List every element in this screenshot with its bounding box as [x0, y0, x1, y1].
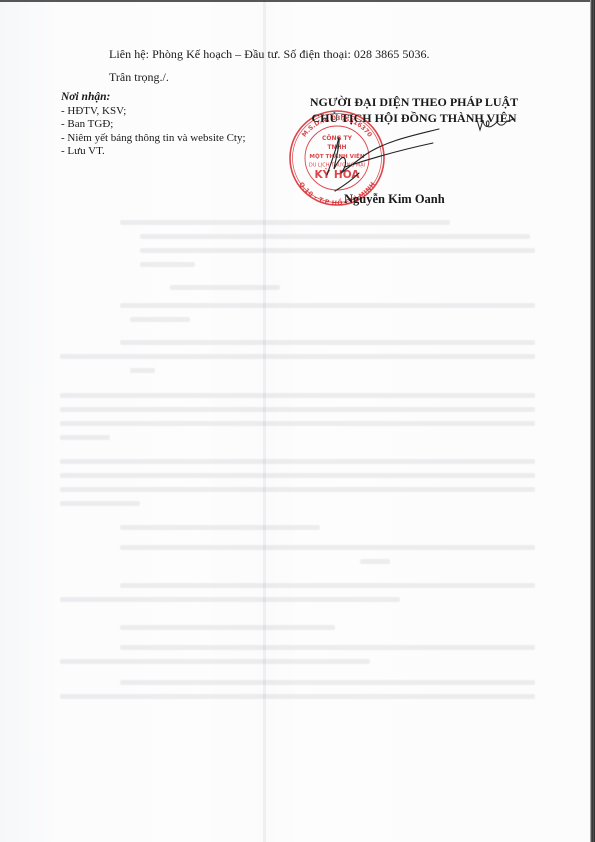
signatory-name: Nguyễn Kim Oanh: [344, 192, 445, 207]
signatory-line-1: NGƯỜI ĐẠI DIỆN THEO PHÁP LUẬT: [278, 94, 550, 110]
recipients-title: Nơi nhận:: [61, 91, 246, 104]
handwritten-signature: [325, 125, 440, 195]
document-page: Liên hệ: Phòng Kế hoạch – Đầu tư. Số điệ…: [0, 0, 595, 842]
recipient-item: - Ban TGĐ;: [61, 118, 246, 131]
scan-edge-top: [0, 0, 595, 2]
contact-line: Liên hệ: Phòng Kế hoạch – Đầu tư. Số điệ…: [109, 47, 430, 62]
recipients-block: Nơi nhận: - HĐTV, KSV; - Ban TGĐ; - Niêm…: [61, 91, 246, 158]
recipient-item: - Niêm yết bảng thông tin và website Cty…: [61, 132, 246, 145]
scan-edge-right: [590, 0, 595, 842]
recipient-item: - HĐTV, KSV;: [61, 105, 246, 118]
recipient-item: - Lưu VT.: [61, 145, 246, 158]
initials-scribble: [475, 114, 515, 132]
closing-line: Trân trọng./.: [109, 70, 169, 85]
